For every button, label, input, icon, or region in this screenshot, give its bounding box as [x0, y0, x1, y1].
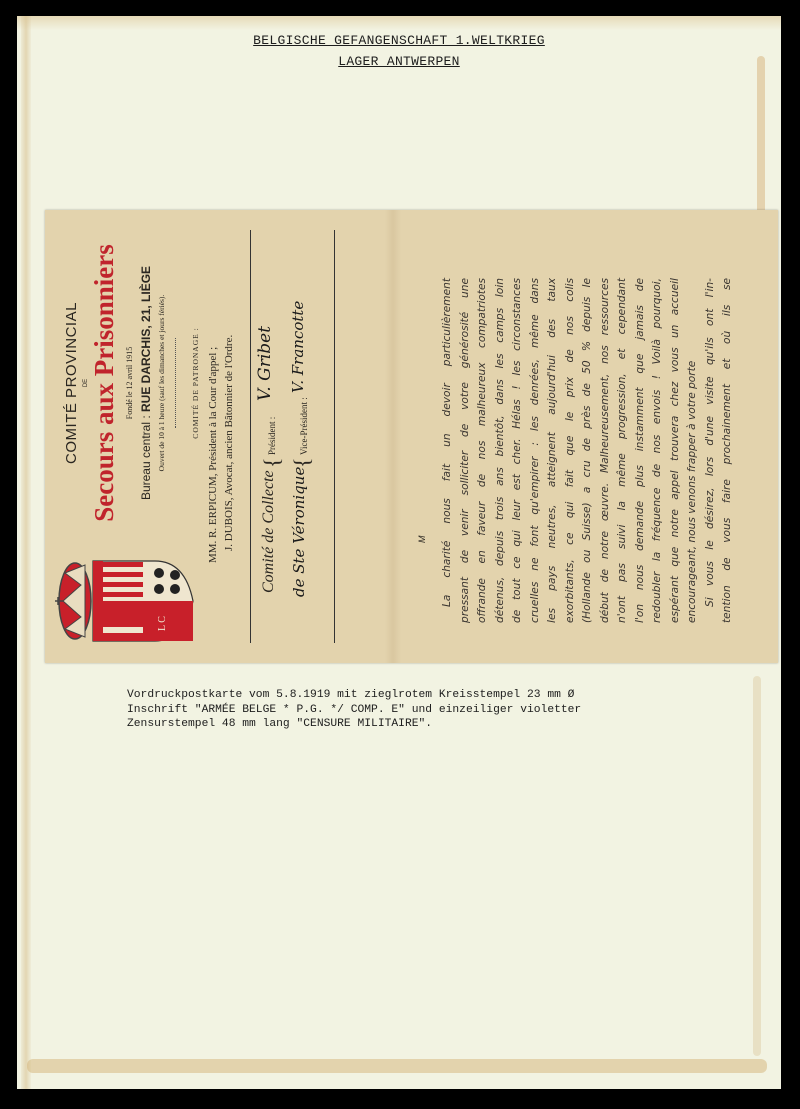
letter-line: détenus, depuis trois ans bientôt, dans …: [492, 278, 510, 623]
president-signature: V. Gribet: [255, 326, 275, 401]
bureau-label: Bureau central :: [139, 412, 153, 500]
opening-hours: Ouvert de 10 à 1 heure (sauf les dimanch…: [157, 223, 166, 543]
caption-line: Inschrift "ARMÉE BELGE * P.G. */ COMP. E…: [127, 704, 581, 716]
patron-line: J. DUBOIS, Avocat, ancien Bâtonnier de l…: [223, 211, 235, 551]
stain-right: [757, 56, 765, 236]
letter-line: encourageant, nous venons frapper à votr…: [684, 278, 702, 623]
stain-right-lower: [753, 676, 761, 1056]
page-title: BELGISCHE GEFANGENSCHAFT 1.WELTKRIEG: [17, 33, 781, 48]
letter-line: offrande en faveur de nos malheureux com…: [474, 278, 492, 623]
stain-bottom: [27, 1059, 767, 1073]
letter-line: pressant de venir solliciter de votre gé…: [457, 278, 475, 623]
letter-line: exorbitants, ce qui fait que le prix de …: [562, 278, 580, 623]
letter-line: les pays neutres, atteignent aujourd'hui…: [544, 278, 562, 623]
page-subtitle: LAGER ANTWERPEN: [17, 54, 781, 69]
comite-heading: COMITÉ PROVINCIAL: [63, 223, 80, 543]
letter-line: n'ont pas suivi la même progression, et …: [614, 278, 632, 623]
brace-icon: {: [289, 457, 315, 468]
letter-body: La charité nous fait un devoir particuli…: [439, 278, 737, 623]
founded-date: Fondé le 12 avril 1915: [125, 223, 134, 543]
caption-line: Zensurstempel 48 mm lang "CENSURE MILITA…: [127, 718, 432, 730]
bureau-street: RUE DARCHIS, 21, LIÈGE: [139, 266, 153, 412]
letter-line: redoubler la fréquence de nos envois ! V…: [649, 278, 667, 623]
salutation: M: [417, 536, 427, 544]
divider-rule: [250, 230, 251, 643]
letter-line: tention de vous faire prochainement et o…: [719, 278, 737, 623]
dotted-divider: [175, 338, 176, 428]
letter-line: cruelles ne font qu'empirer : les denrée…: [527, 278, 545, 623]
stain-left: [21, 16, 31, 1089]
letter-line: La charité nous fait un devoir particuli…: [439, 278, 457, 623]
vice-president-signature: V. Francotte: [289, 301, 307, 393]
fold-line: [385, 210, 401, 663]
letter-line: Si vous le désirez, lors d'une visite qu…: [702, 278, 720, 623]
patronage-heading: COMITÉ DE PATRONAGE :: [191, 223, 200, 543]
postcard-face: L C COMITÉ PROVINCIAL DE Secours aux Pri…: [45, 210, 778, 663]
brace-icon: {: [259, 457, 285, 468]
letter-line: début de notre œuvre. Malheureusement, n…: [597, 278, 615, 623]
postcard: L C COMITÉ PROVINCIAL DE Secours aux Pri…: [45, 210, 778, 663]
patron-line: MM. R. ERPICUM, Président à la Cour d'ap…: [207, 213, 219, 563]
vice-president-label: Vice-Président :: [299, 397, 309, 455]
divider-rule: [334, 230, 335, 643]
president-label: Président :: [267, 417, 277, 455]
collecte-handwritten: de Ste Véronique: [290, 467, 308, 597]
caption: Vordruckpostkarte vom 5.8.1919 mit ziegl…: [127, 688, 767, 732]
bureau-address: Bureau central : RUE DARCHIS, 21, LIÈGE: [139, 223, 153, 543]
letter-line: (Hollande ou Suisse) a cru de près de 50…: [579, 278, 597, 623]
caption-line: Vordruckpostkarte vom 5.8.1919 mit ziegl…: [127, 689, 574, 701]
stain-top: [17, 16, 781, 30]
organization-title: Secours aux Prisonniers: [89, 223, 120, 543]
svg-text:L C: L C: [157, 616, 168, 631]
letter-line: l'on nous demande plus instamment que ja…: [632, 278, 650, 623]
letter-line: espérant que notre appel trouvera chez v…: [667, 278, 685, 623]
collecte-label: Comité de Collecte: [260, 470, 278, 593]
coat-of-arms-icon: L C: [55, 551, 195, 651]
letter-line: de tout ce qui leur est cher. Hélas ! le…: [509, 278, 527, 623]
